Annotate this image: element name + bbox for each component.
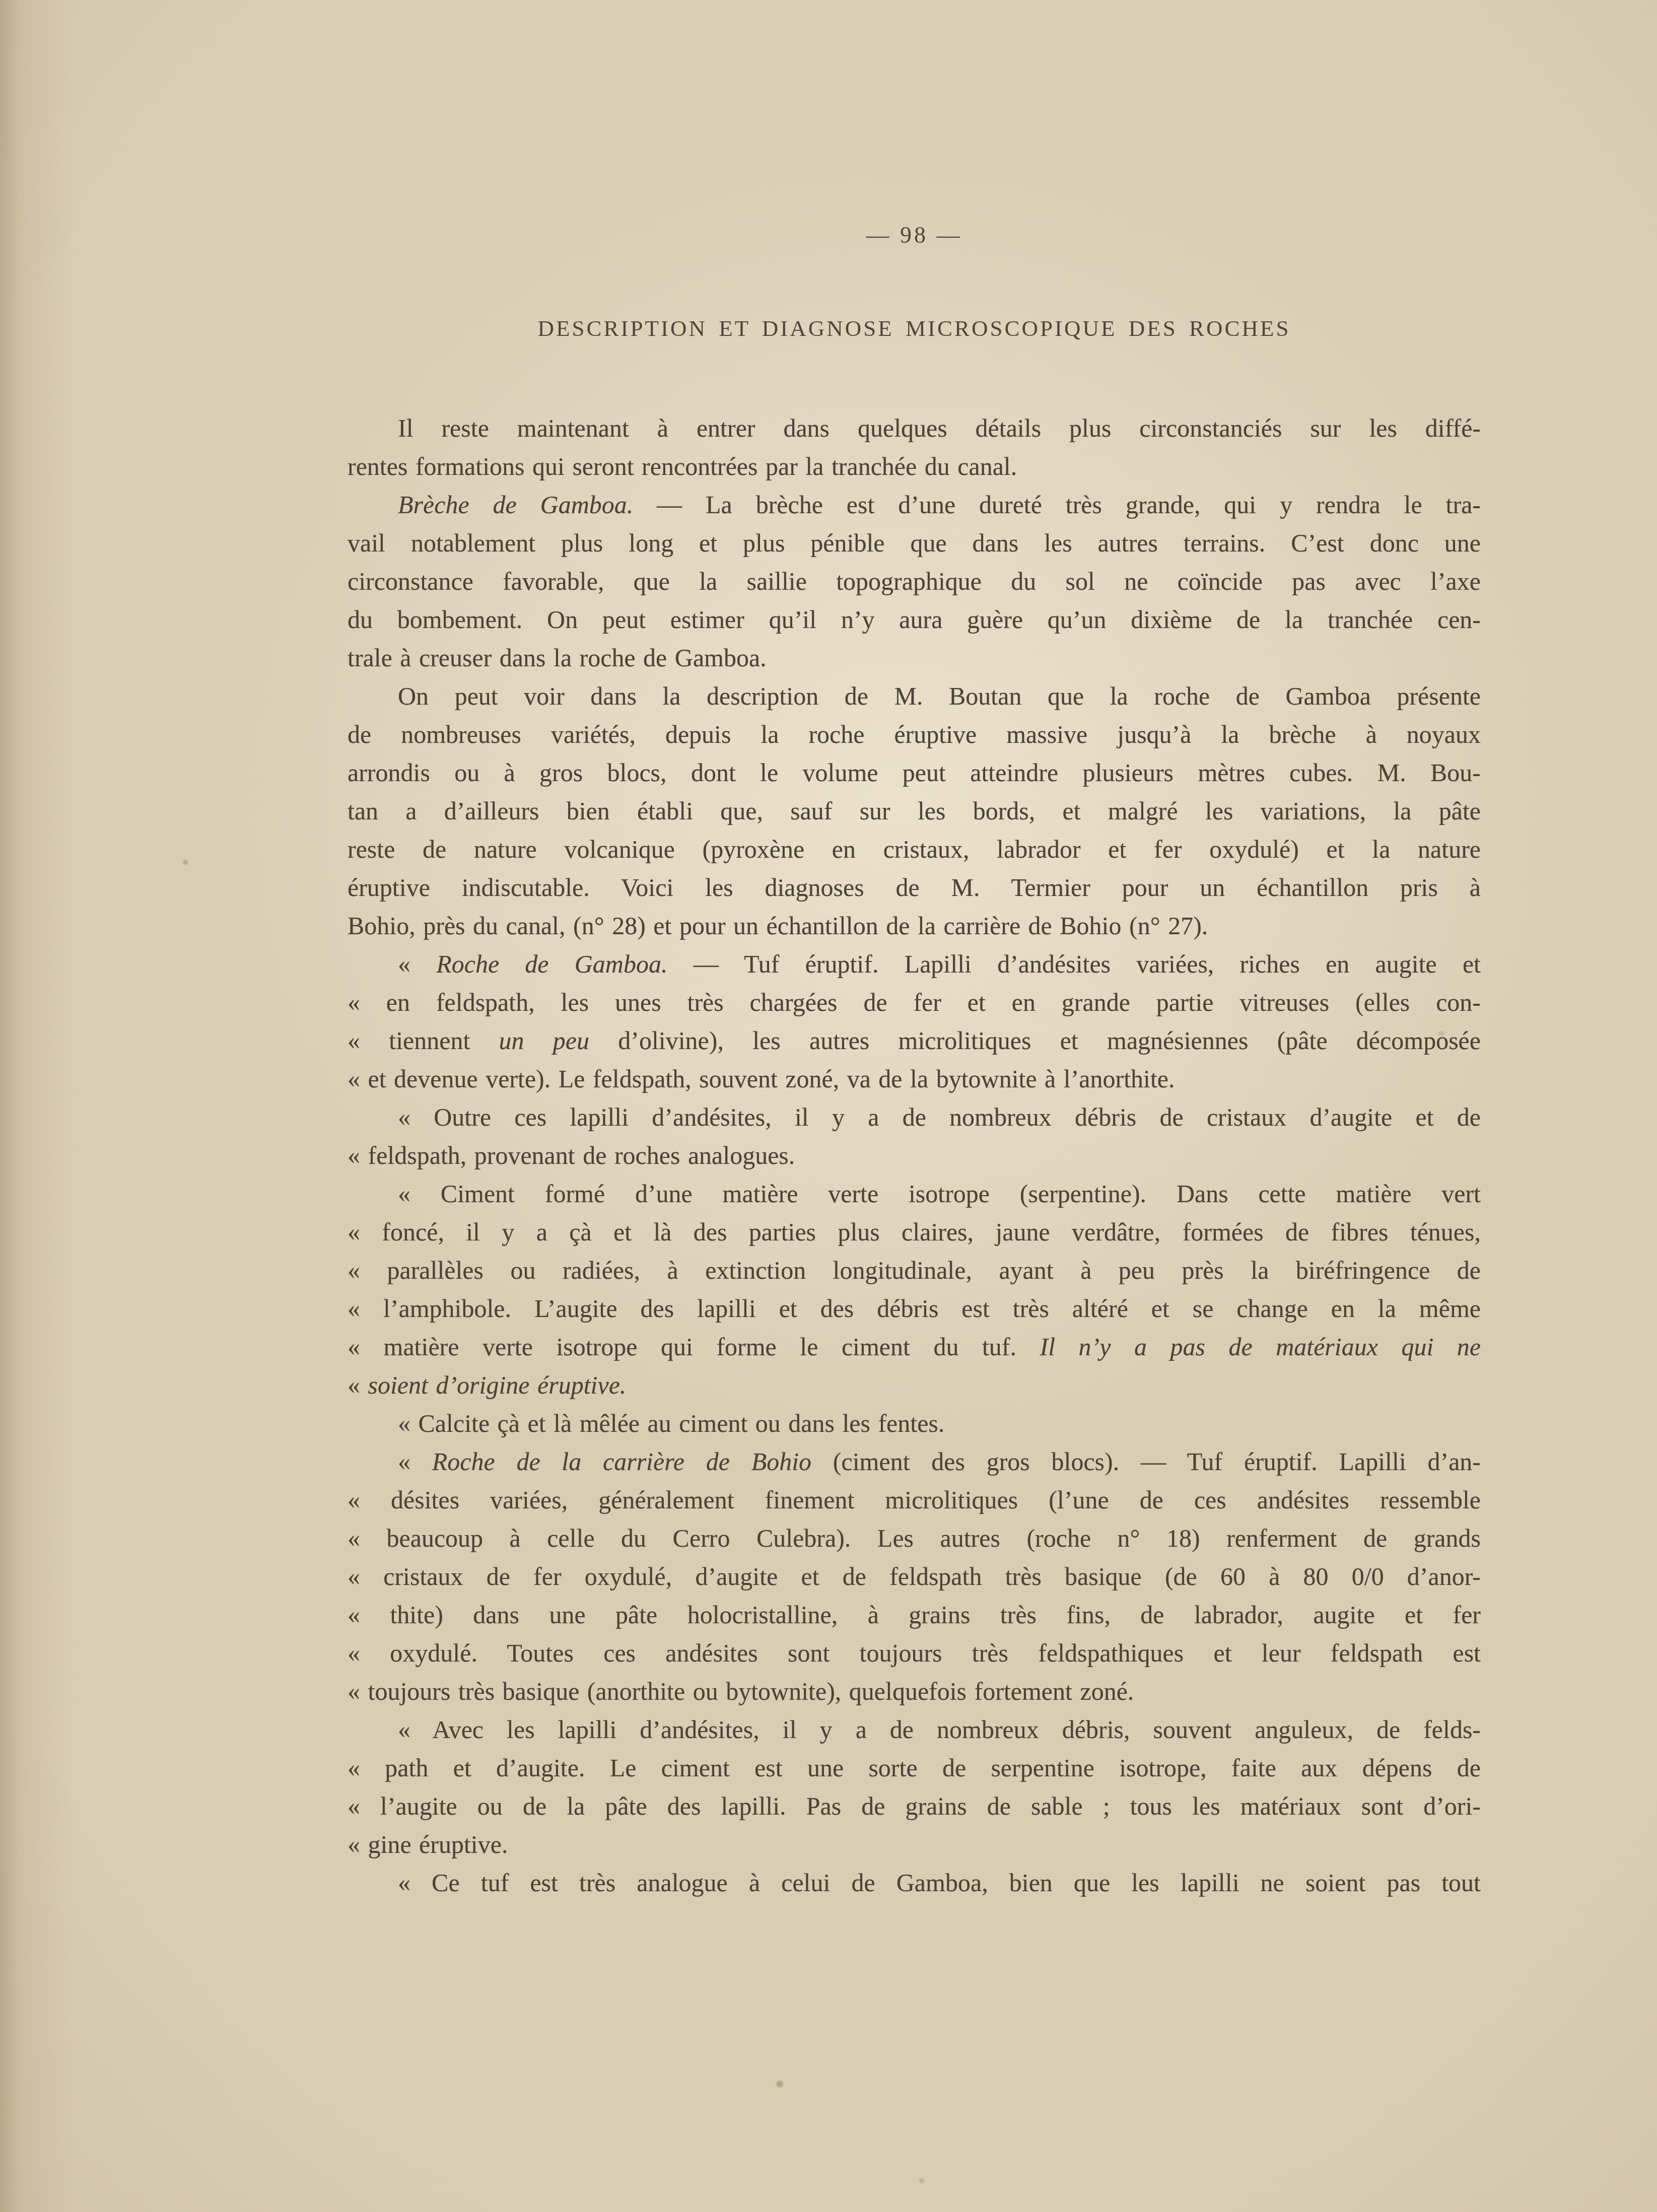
text-line: Il reste maintenant à entrer dans quelqu…	[348, 409, 1481, 447]
text-segment: éruptive indiscutable. Voici les diagnos…	[348, 873, 1481, 902]
text-segment: «	[348, 1371, 368, 1399]
italic-text-segment: un peu	[499, 1026, 589, 1055]
text-segment: arrondis ou à gros blocs, dont le volume…	[348, 758, 1481, 787]
text-segment: circonstance favorable, que la saillie t…	[348, 567, 1481, 595]
text-line: « parallèles ou radiées, à extinction lo…	[348, 1251, 1481, 1289]
text-segment: «	[398, 950, 436, 978]
text-line: arrondis ou à gros blocs, dont le volume…	[348, 753, 1481, 792]
text-line: éruptive indiscutable. Voici les diagnos…	[348, 868, 1481, 907]
text-segment: « Ce tuf est très analogue à celui de Ga…	[398, 1869, 1481, 1897]
text-line: « matière verte isotrope qui forme le ci…	[348, 1328, 1481, 1366]
text-segment: « toujours très basique (anorthite ou by…	[348, 1677, 1134, 1705]
paragraph: « Ce tuf est très analogue à celui de Ga…	[348, 1863, 1481, 1902]
text-segment: « l’augite ou de la pâte des lapilli. Pa…	[348, 1792, 1481, 1820]
text-line: tan a d’ailleurs bien établi que, sauf s…	[348, 792, 1481, 830]
text-line: « soient d’origine éruptive.	[348, 1366, 1481, 1404]
text-line: « cristaux de fer oxydulé, d’augite et d…	[348, 1557, 1481, 1596]
text-segment: « désites variées, généralement finement…	[348, 1486, 1481, 1514]
text-segment: d’olivine), les autres microlitiques et …	[589, 1026, 1481, 1055]
text-segment: de nombreuses variétés, depuis la roche …	[348, 720, 1481, 748]
text-line: « Ce tuf est très analogue à celui de Ga…	[348, 1863, 1481, 1902]
text-line: trale à creuser dans la roche de Gamboa.	[348, 639, 1481, 677]
text-segment: « thite) dans une pâte holocristalline, …	[348, 1601, 1481, 1629]
text-line: « tiennent un peu d’olivine), les autres…	[348, 1021, 1481, 1060]
text-line: « Calcite çà et là mêlée au ciment ou da…	[348, 1404, 1481, 1442]
italic-text-segment: soient d’origine éruptive.	[368, 1371, 627, 1399]
text-segment: « foncé, il y a çà et là des parties plu…	[348, 1218, 1481, 1246]
text-segment: « en feldspath, les unes très chargées d…	[348, 988, 1481, 1016]
page-title: DESCRIPTION ET DIAGNOSE MICROSCOPIQUE DE…	[348, 315, 1481, 341]
text-segment: « Outre ces lapilli d’andésites, il y a …	[398, 1103, 1481, 1131]
paragraph: « Outre ces lapilli d’andésites, il y a …	[348, 1098, 1481, 1174]
text-segment: « Ciment formé d’une matière verte isotr…	[398, 1180, 1481, 1208]
paragraph: « Avec les lapilli d’andésites, il y a d…	[348, 1710, 1481, 1863]
text-segment: trale à creuser dans la roche de Gamboa.	[348, 644, 767, 672]
text-segment: « oxydulé. Toutes ces andésites sont tou…	[348, 1639, 1481, 1667]
text-segment: « gine éruptive.	[348, 1830, 508, 1858]
text-line: du bombement. On peut estimer qu’il n’y …	[348, 600, 1481, 639]
text-segment: « path et d’augite. Le ciment est une so…	[348, 1754, 1481, 1782]
text-segment: « matière verte isotrope qui forme le ci…	[348, 1333, 1040, 1361]
italic-text-segment: Il n’y a pas de matériaux qui ne	[1040, 1333, 1481, 1361]
text-segment: reste de nature volcanique (pyroxène en …	[348, 835, 1481, 863]
text-line: « Roche de Gamboa. — Tuf éruptif. Lapill…	[348, 945, 1481, 983]
text-line: « l’augite ou de la pâte des lapilli. Pa…	[348, 1787, 1481, 1825]
text-line: « et devenue verte). Le feldspath, souve…	[348, 1060, 1481, 1098]
paragraph: « Calcite çà et là mêlée au ciment ou da…	[348, 1404, 1481, 1442]
text-line: « gine éruptive.	[348, 1825, 1481, 1863]
text-segment: tan a d’ailleurs bien établi que, sauf s…	[348, 797, 1481, 825]
text-segment: « parallèles ou radiées, à extinction lo…	[348, 1256, 1481, 1284]
text-line: circonstance favorable, que la saillie t…	[348, 562, 1481, 600]
text-segment: « beaucoup à celle du Cerro Culebra). Le…	[348, 1524, 1481, 1552]
paragraph: « Roche de Gamboa. — Tuf éruptif. Lapill…	[348, 945, 1481, 1098]
text-segment: « feldspath, provenant de roches analogu…	[348, 1141, 795, 1169]
text-segment: « l’amphibole. L’augite des lapilli et d…	[348, 1294, 1481, 1323]
page-number: — 98 —	[348, 222, 1481, 248]
text-segment: vail notablement plus long et plus pénib…	[348, 529, 1481, 557]
text-line: Brèche de Gamboa. — La brèche est d’une …	[348, 486, 1481, 524]
paragraph: « Roche de la carrière de Bohio (ciment …	[348, 1442, 1481, 1710]
text-line: « désites variées, généralement finement…	[348, 1481, 1481, 1519]
text-line: « path et d’augite. Le ciment est une so…	[348, 1749, 1481, 1787]
text-segment: — La brèche est d’une dureté très grande…	[633, 491, 1481, 519]
text-line: « Outre ces lapilli d’andésites, il y a …	[348, 1098, 1481, 1136]
text-segment: Il reste maintenant à entrer dans quelqu…	[398, 414, 1481, 442]
text-line: vail notablement plus long et plus pénib…	[348, 524, 1481, 562]
text-segment: du bombement. On peut estimer qu’il n’y …	[348, 605, 1481, 634]
body-text: Il reste maintenant à entrer dans quelqu…	[348, 409, 1481, 1902]
paragraph: « Ciment formé d’une matière verte isotr…	[348, 1174, 1481, 1404]
text-line: rentes formations qui seront rencontrées…	[348, 447, 1481, 486]
text-line: « feldspath, provenant de roches analogu…	[348, 1136, 1481, 1174]
paragraph: On peut voir dans la description de M. B…	[348, 677, 1481, 945]
text-segment: rentes formations qui seront rencontrées…	[348, 452, 1017, 480]
text-segment: (ciment des gros blocs). — Tuf éruptif. …	[811, 1447, 1481, 1476]
italic-text-segment: Roche de la carrière de Bohio	[432, 1447, 811, 1476]
text-line: « en feldspath, les unes très chargées d…	[348, 983, 1481, 1021]
text-segment: Bohio, près du canal, (n° 28) et pour un…	[348, 912, 1208, 940]
text-line: Bohio, près du canal, (n° 28) et pour un…	[348, 907, 1481, 945]
text-segment: « Calcite çà et là mêlée au ciment ou da…	[398, 1409, 944, 1437]
text-segment: « tiennent	[348, 1026, 499, 1055]
text-segment: « et devenue verte). Le feldspath, souve…	[348, 1065, 1175, 1093]
text-line: « Roche de la carrière de Bohio (ciment …	[348, 1442, 1481, 1481]
italic-text-segment: Brèche de Gamboa.	[398, 491, 633, 519]
paragraph: Il reste maintenant à entrer dans quelqu…	[348, 409, 1481, 486]
text-line: « Ciment formé d’une matière verte isotr…	[348, 1174, 1481, 1213]
text-line: « Avec les lapilli d’andésites, il y a d…	[348, 1710, 1481, 1749]
text-segment: « Avec les lapilli d’andésites, il y a d…	[398, 1715, 1481, 1744]
text-line: « thite) dans une pâte holocristalline, …	[348, 1596, 1481, 1634]
text-line: « oxydulé. Toutes ces andésites sont tou…	[348, 1634, 1481, 1672]
text-segment: — Tuf éruptif. Lapilli d’andésites varié…	[667, 950, 1481, 978]
text-segment: « cristaux de fer oxydulé, d’augite et d…	[348, 1562, 1481, 1591]
text-line: « toujours très basique (anorthite ou by…	[348, 1672, 1481, 1710]
text-line: « beaucoup à celle du Cerro Culebra). Le…	[348, 1519, 1481, 1557]
paragraph: Brèche de Gamboa. — La brèche est d’une …	[348, 486, 1481, 677]
text-line: reste de nature volcanique (pyroxène en …	[348, 830, 1481, 868]
scanned-book-page: { "page": { "number_label": "— 98 —", "h…	[0, 0, 1657, 2212]
text-line: « l’amphibole. L’augite des lapilli et d…	[348, 1289, 1481, 1328]
text-segment: On peut voir dans la description de M. B…	[398, 682, 1481, 710]
text-line: de nombreuses variétés, depuis la roche …	[348, 715, 1481, 753]
italic-text-segment: Roche de Gamboa.	[436, 950, 667, 978]
text-line: « foncé, il y a çà et là des parties plu…	[348, 1213, 1481, 1251]
text-line: On peut voir dans la description de M. B…	[348, 677, 1481, 715]
text-segment: «	[398, 1447, 432, 1476]
